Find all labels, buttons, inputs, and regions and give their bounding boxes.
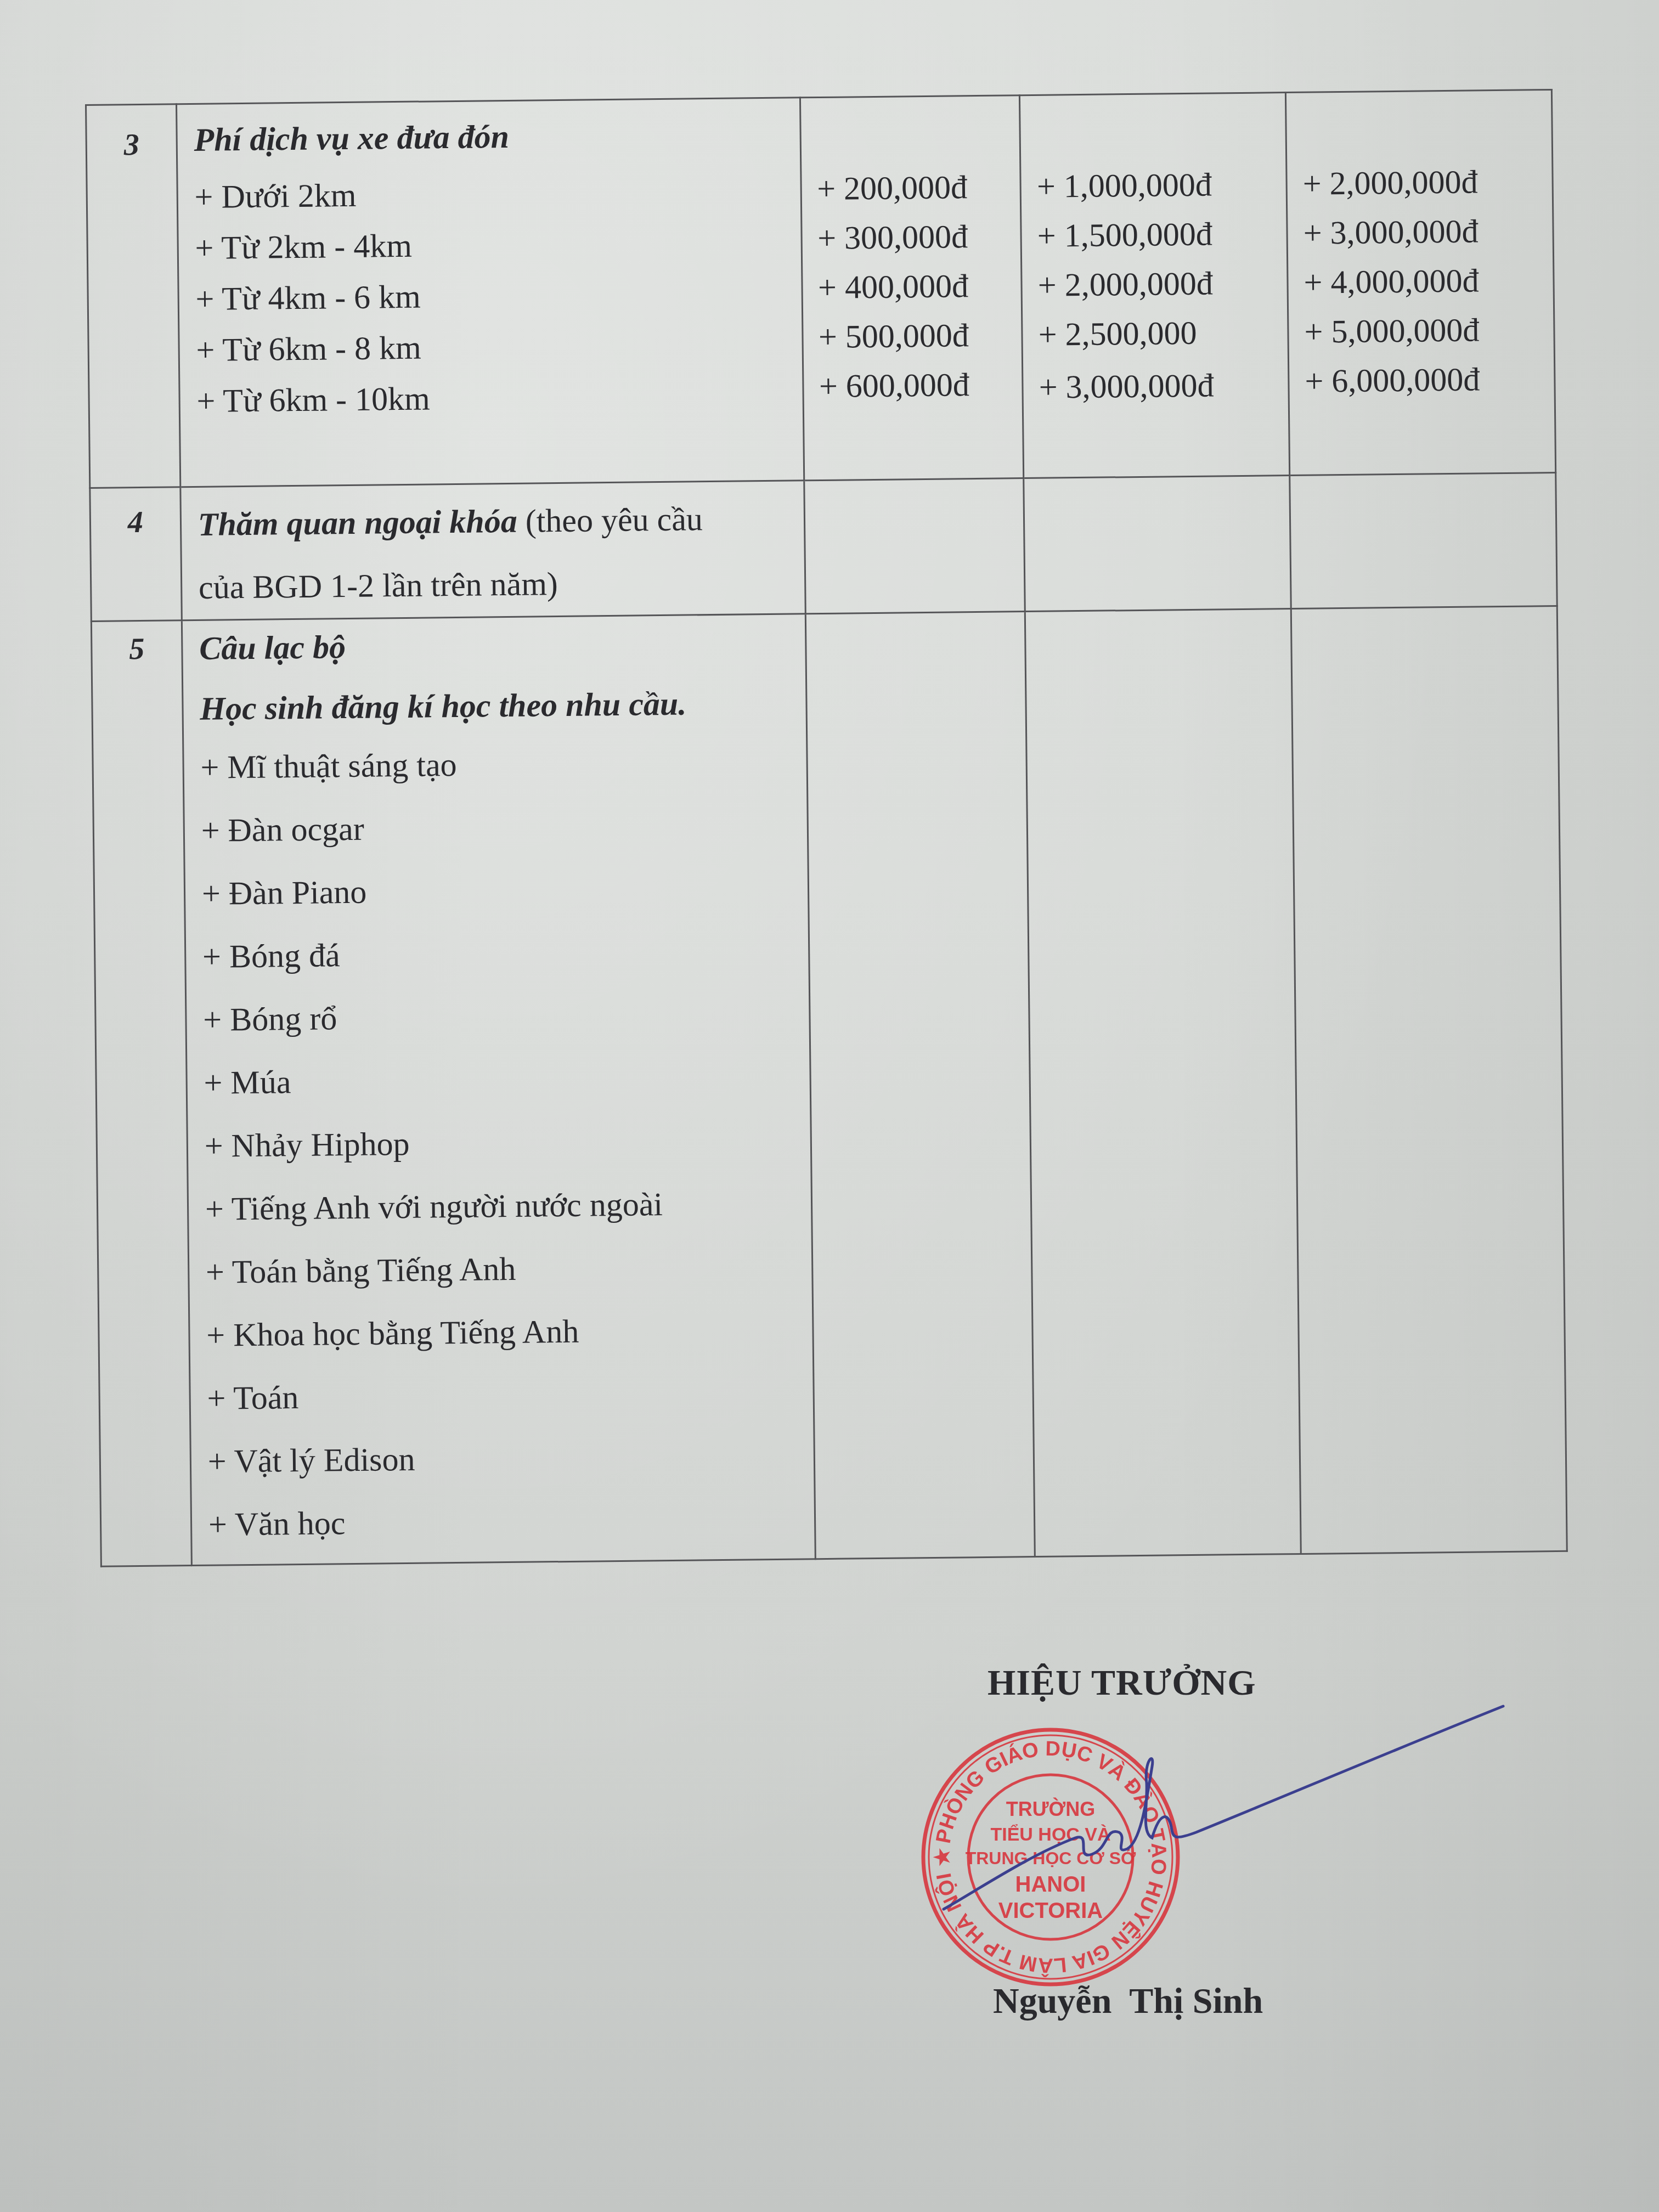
price-cell-2: + 1,000,000đ + 1,500,000đ + 2,000,000đ +… [1020, 93, 1290, 478]
table-row: 4 Thăm quan ngoại khóa (theo yêu cầu của… [90, 472, 1557, 621]
price-cell-3: + 2,000,000đ + 3,000,000đ + 4,000,000đ +… [1286, 90, 1556, 476]
row-note-continued: của BGD 1-2 lần trên năm) [199, 566, 558, 606]
price-value: + 4,000,000đ [1304, 255, 1553, 307]
row-number: 3 [87, 105, 176, 163]
list-item: + Toán [207, 1361, 813, 1430]
price-cell-3 [1290, 472, 1557, 608]
price-value: + 600,000đ [819, 359, 1023, 411]
price-value: + 6,000,000đ [1305, 354, 1554, 406]
row-number-cell: 4 [90, 487, 182, 622]
club-list: + Mĩ thuật sáng tạo + Đàn ocgar + Đàn Pi… [200, 730, 814, 1556]
list-item: + Bóng rổ [203, 982, 809, 1052]
list-item: + Đàn ocgar [201, 793, 807, 862]
row-number-cell: 5 [91, 620, 191, 1567]
list-item: + Múa [204, 1045, 810, 1115]
content-cell: Câu lạc bộ Học sinh đăng kí học theo nhu… [182, 614, 815, 1566]
content-cell: Thăm quan ngoại khóa (theo yêu cầu của B… [180, 481, 805, 620]
price-value: + 300,000đ [817, 211, 1021, 263]
row-description: Thăm quan ngoại khóa (theo yêu cầu của B… [198, 487, 804, 619]
price-list: + 1,000,000đ + 1,500,000đ + 2,000,000đ +… [1020, 93, 1288, 412]
list-item: + Vật lý Edison [207, 1424, 814, 1493]
price-value: + 200,000đ [817, 162, 1020, 213]
price-value: + 2,500,000 [1038, 307, 1288, 359]
row-title: Thăm quan ngoại khóa [198, 503, 518, 543]
price-value: + 2,000,000đ [1302, 156, 1552, 208]
price-cell-1 [804, 478, 1025, 614]
price-cell-3 [1291, 606, 1567, 1554]
list-item: + Văn học [208, 1487, 814, 1556]
list-item: + Từ 6km - 8 km [196, 318, 802, 376]
price-cell-1: + 200,000đ + 300,000đ + 400,000đ + 500,0… [800, 95, 1024, 481]
row-note: (theo yêu cầu [517, 501, 703, 539]
list-item: + Mĩ thuật sáng tạo [200, 730, 806, 799]
price-list: + 200,000đ + 300,000đ + 400,000đ + 500,0… [801, 96, 1023, 411]
table-row: 5 Câu lạc bộ Học sinh đăng kí học theo n… [91, 606, 1567, 1566]
signature-icon [911, 1673, 1514, 1980]
price-value: + 2,000,000đ [1037, 258, 1287, 310]
list-item: + Từ 2km - 4km [195, 216, 801, 274]
list-item: + Từ 4km - 6 km [195, 267, 802, 325]
price-value: + 3,000,000đ [1039, 360, 1288, 412]
price-value: + 1,000,000đ [1036, 159, 1286, 211]
price-value: + 400,000đ [818, 261, 1022, 312]
row-number: 4 [91, 488, 180, 540]
list-item: + Bóng đá [202, 919, 809, 989]
row-subtitle: Học sinh đăng kí học theo nhu cầu. [200, 682, 805, 729]
list-item: + Đàn Piano [201, 856, 808, 926]
price-cell-2 [1025, 609, 1301, 1557]
list-item: + Tiếng Anh với người nước ngoài [205, 1171, 811, 1241]
price-value: + 5,000,000đ [1304, 304, 1554, 357]
principal-name: Nguyễn Thị Sinh [993, 1980, 1263, 2022]
list-item: + Nhảy Hiphop [204, 1108, 810, 1178]
content-cell: Phí dịch vụ xe đưa đón + Dưới 2km + Từ 2… [176, 98, 804, 487]
price-cell-1 [805, 612, 1035, 1559]
table-row: 3 Phí dịch vụ xe đưa đón + Dưới 2km + Từ… [86, 90, 1556, 488]
row-title: Phí dịch vụ xe đưa đón [194, 114, 799, 160]
price-value: + 500,000đ [819, 310, 1022, 362]
price-value: + 3,000,000đ [1303, 206, 1553, 258]
price-value: + 1,500,000đ [1037, 208, 1286, 261]
row-number: 5 [92, 621, 182, 667]
row-title: Câu lạc bộ [199, 622, 805, 668]
row-number-cell: 3 [86, 104, 180, 488]
distance-list: + Dưới 2km + Từ 2km - 4km + Từ 4km - 6 k… [194, 165, 802, 427]
fee-table: 3 Phí dịch vụ xe đưa đón + Dưới 2km + Từ… [85, 89, 1568, 1567]
list-item: + Toán bằng Tiếng Anh [206, 1234, 812, 1304]
list-item: + Từ 6km - 10km [196, 369, 803, 427]
price-cell-2 [1024, 476, 1291, 612]
price-list: + 2,000,000đ + 3,000,000đ + 4,000,000đ +… [1286, 91, 1554, 406]
list-item: + Dưới 2km [194, 165, 800, 223]
list-item: + Khoa học bằng Tiếng Anh [206, 1297, 812, 1367]
